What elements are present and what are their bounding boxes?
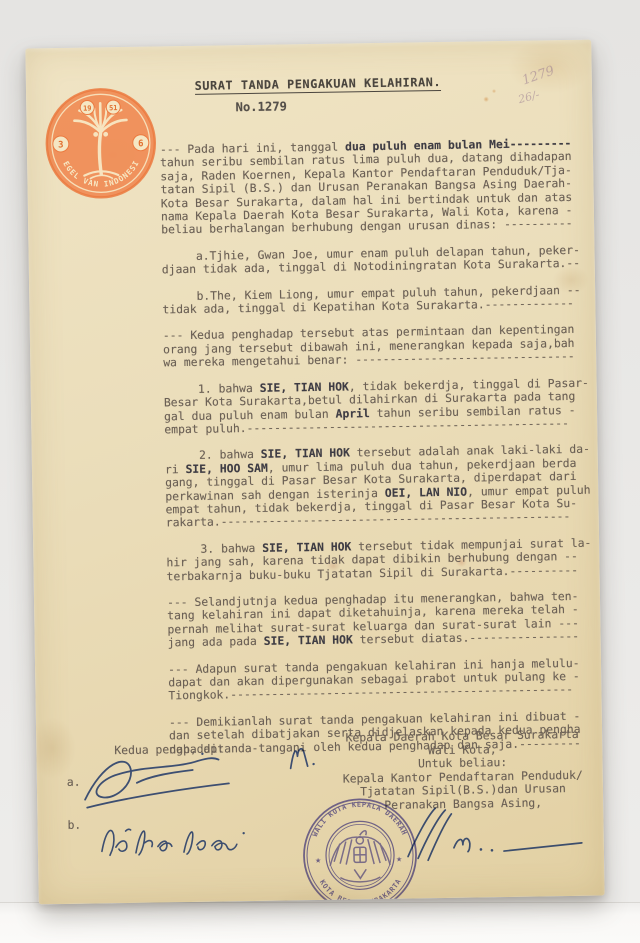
document-title: SURAT TANDA PENGAKUAN KELAHIRAN. [35, 72, 601, 95]
stamp-value-right: 6 [138, 139, 144, 149]
stamp-value-left: 3 [58, 140, 64, 150]
document-photo: 19 51 3 6 ZEGEL VAN INDONESIA 1279 26/- … [0, 0, 640, 943]
body-paragraph: --- Pada hari ini, tanggal dua puluh ena… [160, 137, 593, 238]
body-paragraph: b.The, Kiem Liong, umur empat puluh tahu… [162, 283, 594, 317]
body-paragraph: 3. bahwa SIE, TIAN HOK tersebut tidak me… [166, 536, 599, 583]
body-paragraph: a.Tjhie, Gwan Joe, umur enam puluh delap… [161, 243, 593, 277]
handwritten-initials [284, 740, 325, 775]
table-edge [0, 902, 640, 943]
stamp-star-left: ★ [315, 855, 321, 866]
witness-signature-b [95, 815, 266, 866]
garuda-emblem-icon [330, 830, 391, 882]
body-paragraph: 1. bahwa SIE, TIAN HOK, tidak bekerdja, … [164, 376, 597, 436]
body-paragraph: 2. bahwa SIE, TIAN HOK tersebut adalah a… [165, 443, 598, 530]
official-signature [385, 802, 596, 869]
body-paragraph: --- Kedua penghadap tersebut atas permin… [163, 323, 596, 370]
document-body: --- Pada hari ini, tanggal dua puluh ena… [160, 137, 602, 770]
paper-sheet: 19 51 3 6 ZEGEL VAN INDONESIA 1279 26/- … [25, 40, 604, 905]
body-paragraph: --- Adapun surat tanda pengakuan kelahir… [168, 656, 601, 703]
body-paragraph: --- Selandjutnja kedua penghadap itu men… [167, 590, 600, 650]
witness-signature-a [76, 747, 247, 822]
